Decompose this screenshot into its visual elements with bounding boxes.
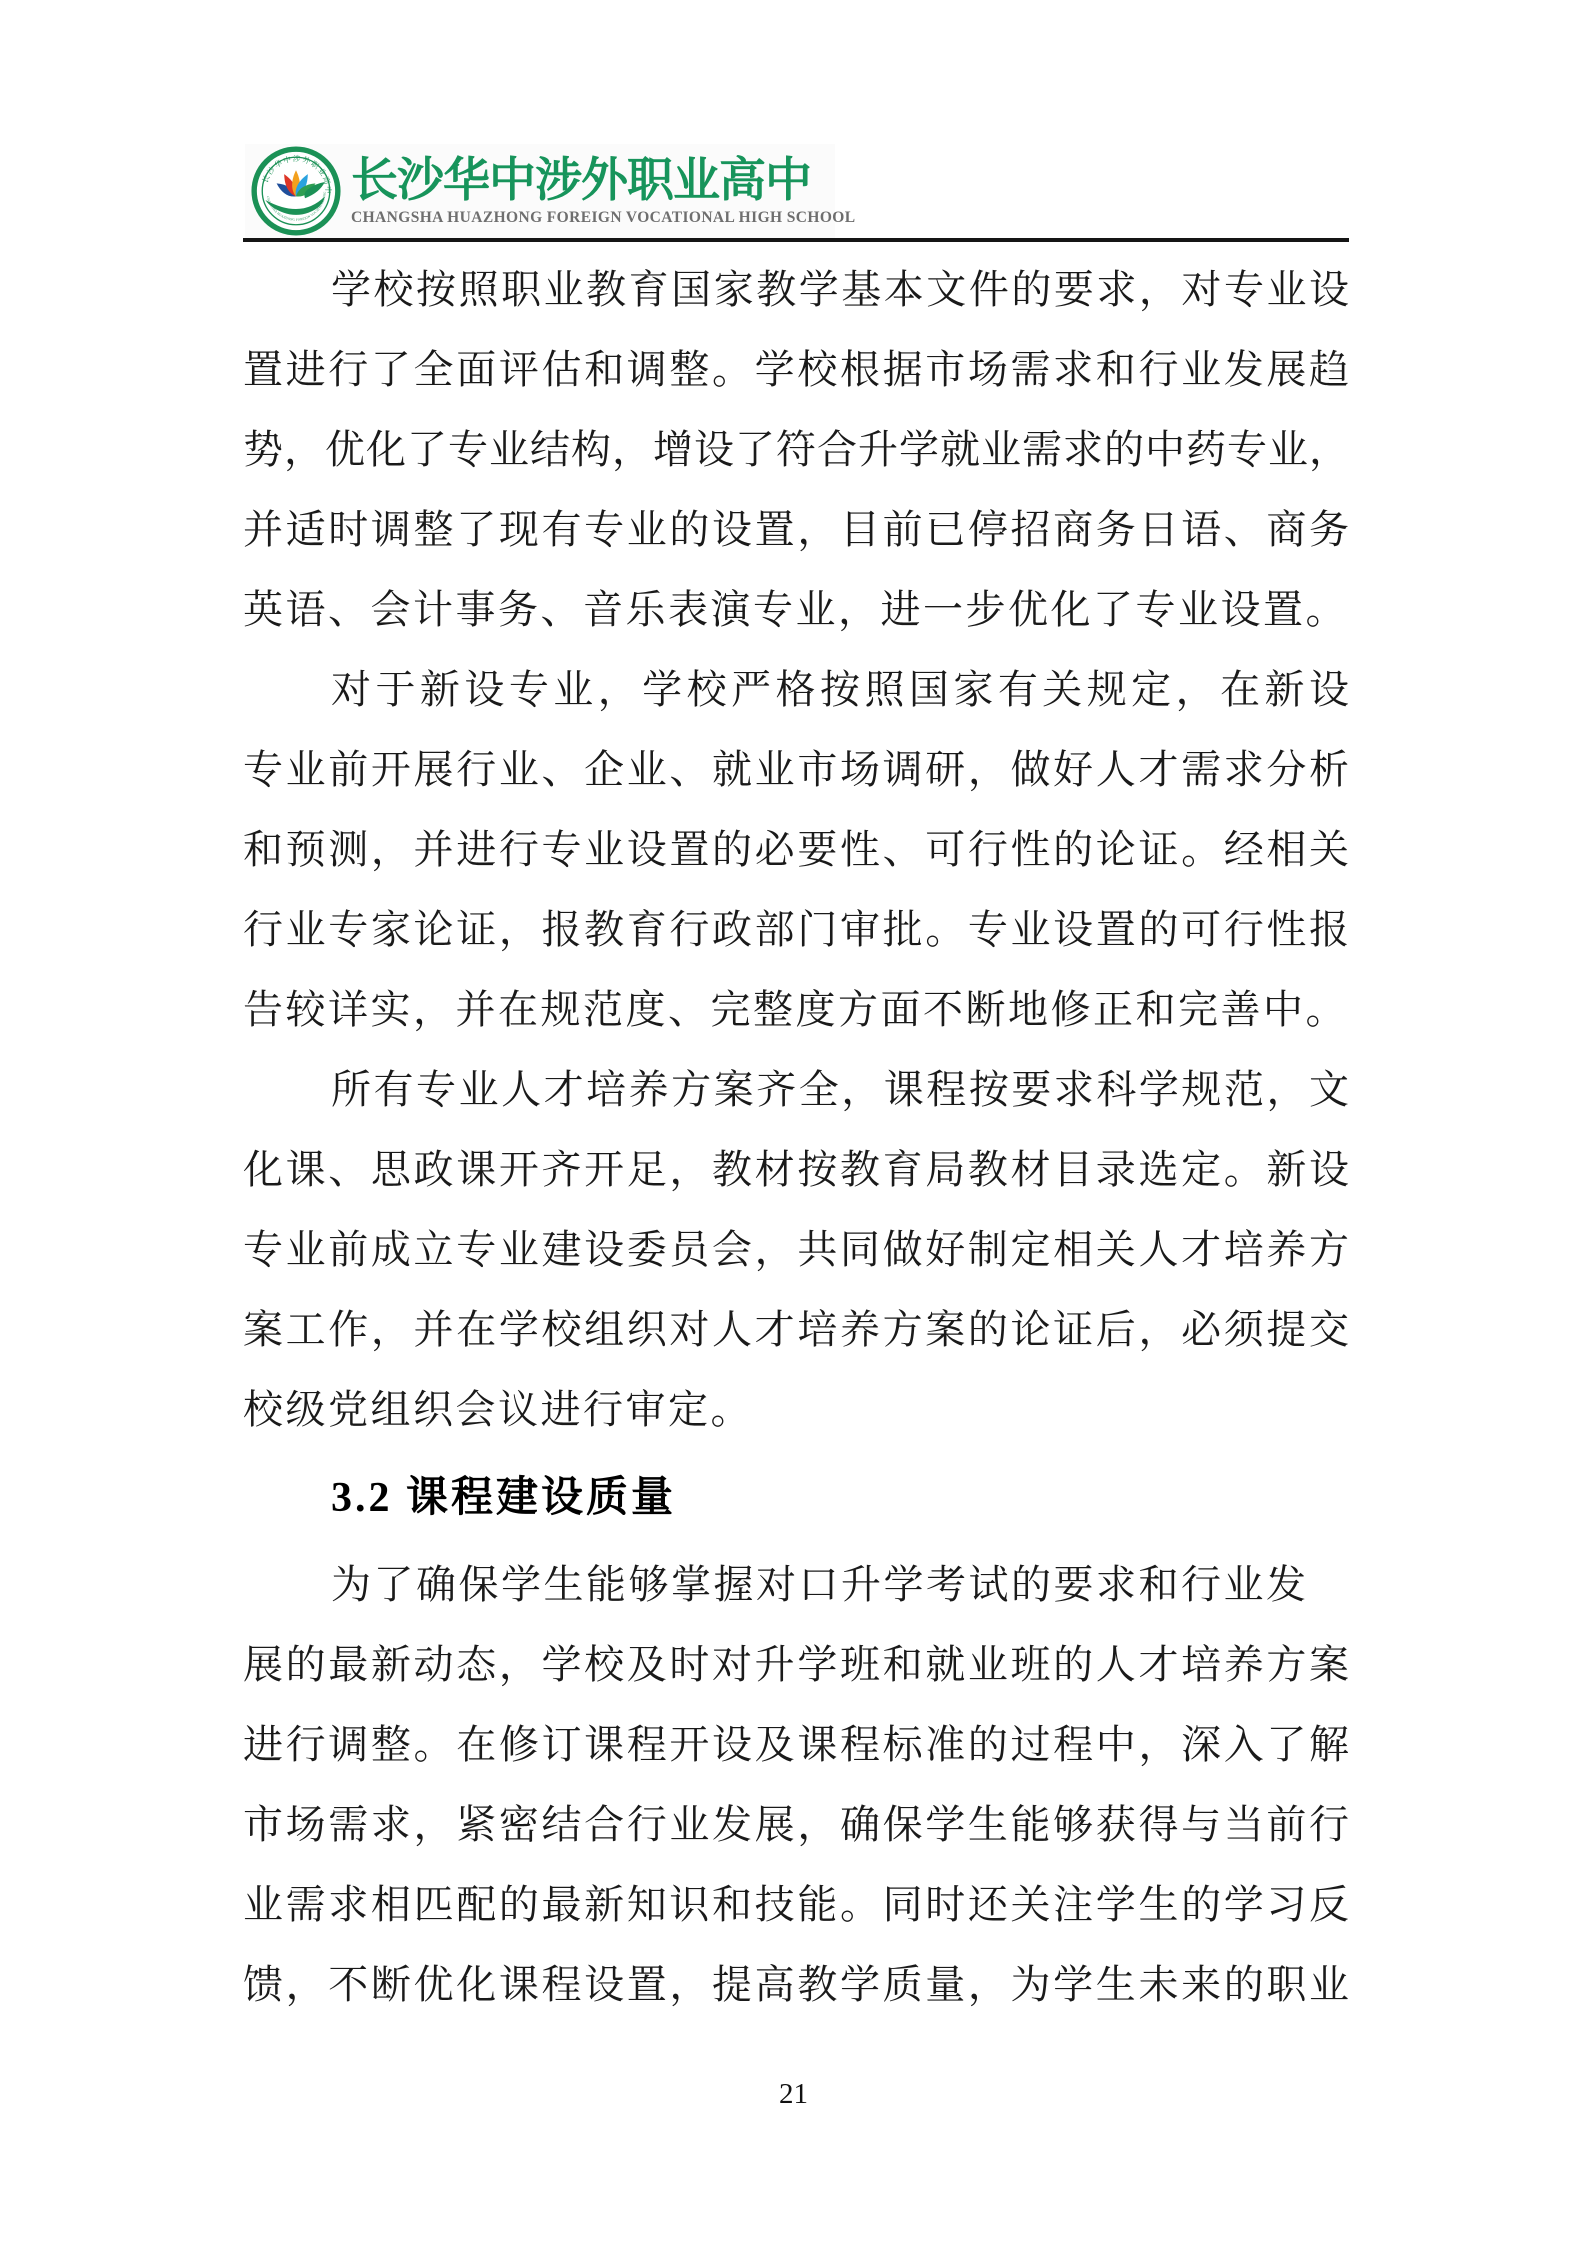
text-line: 对于新设专业，学校严格按照国家有关规定，在新设 <box>243 650 1349 730</box>
school-name-zh: 长沙华中涉外职业高中 <box>351 156 855 206</box>
text-line: 进行调整。在修订课程开设及课程标准的过程中，深入了解 <box>243 1705 1349 1785</box>
text-line: 专业前成立专业建设委员会，共同做好制定相关人才培养方 <box>243 1210 1349 1290</box>
text-line: 行业专家论证，报教育行政部门审批。专业设置的可行性报 <box>243 890 1349 970</box>
text-line: 市场需求，紧密结合行业发展，确保学生能够获得与当前行 <box>243 1785 1349 1865</box>
paragraph-1: 学校按照职业教育国家教学基本文件的要求，对专业设 置进行了全面评估和调整。学校根… <box>243 250 1349 650</box>
header-rule <box>243 238 1349 242</box>
school-name-block: 长沙华中涉外职业高中 CHANGSHA HUAZHONG FOREIGN VOC… <box>351 156 855 227</box>
text-line: 展的最新动态，学校及时对升学班和就业班的人才培养方案 <box>243 1625 1349 1705</box>
document-page: 长沙华中涉外职业高中 CHANGSHA HUAZHONG FOREIGN VOC… <box>0 0 1587 2245</box>
paragraph-3: 所有专业人才培养方案齐全，课程按要求科学规范，文 化课、思政课开齐开足，教材按教… <box>243 1050 1349 1450</box>
text-line: 英语、会计事务、音乐表演专业，进一步优化了专业设置。 <box>243 570 1349 650</box>
school-emblem-icon: 长沙华中涉外职业高中 CHANGSHA HUAZHONG FOREIGN VOC… <box>251 146 341 236</box>
section-heading-3-2: 3.2 课程建设质量 <box>243 1458 1349 1538</box>
text-line: 和预测，并进行专业设置的必要性、可行性的论证。经相关 <box>243 810 1349 890</box>
text-line: 馈，不断优化课程设置，提高教学质量，为学生未来的职业 <box>243 1945 1349 2025</box>
text-line: 业需求相匹配的最新知识和技能。同时还关注学生的学习反 <box>243 1865 1349 1945</box>
text-line: 学校按照职业教育国家教学基本文件的要求，对专业设 <box>243 250 1349 330</box>
text-line: 告较详实，并在规范度、完整度方面不断地修正和完善中。 <box>243 970 1349 1050</box>
school-name-en: CHANGSHA HUAZHONG FOREIGN VOCATIONAL HIG… <box>351 209 855 227</box>
text-line: 并适时调整了现有专业的设置，目前已停招商务日语、商务 <box>243 490 1349 570</box>
paragraph-2: 对于新设专业，学校严格按照国家有关规定，在新设 专业前开展行业、企业、就业市场调… <box>243 650 1349 1050</box>
page-number: 21 <box>0 2078 1587 2111</box>
text-line: 为了确保学生能够掌握对口升学考试的要求和行业发 <box>243 1545 1349 1625</box>
text-line: 化课、思政课开齐开足，教材按教育局教材目录选定。新设 <box>243 1130 1349 1210</box>
text-line: 所有专业人才培养方案齐全，课程按要求科学规范，文 <box>243 1050 1349 1130</box>
text-line: 势，优化了专业结构，增设了符合升学就业需求的中药专业， <box>243 410 1349 490</box>
text-line: 校级党组织会议进行审定。 <box>243 1370 1349 1450</box>
text-line: 案工作，并在学校组织对人才培养方案的论证后，必须提交 <box>243 1290 1349 1370</box>
paragraph-4: 为了确保学生能够掌握对口升学考试的要求和行业发 展的最新动态，学校及时对升学班和… <box>243 1545 1349 2025</box>
text-line: 置进行了全面评估和调整。学校根据市场需求和行业发展趋 <box>243 330 1349 410</box>
text-line: 专业前开展行业、企业、就业市场调研，做好人才需求分析 <box>243 730 1349 810</box>
school-logo-banner: 长沙华中涉外职业高中 CHANGSHA HUAZHONG FOREIGN VOC… <box>245 144 835 238</box>
document-body: 学校按照职业教育国家教学基本文件的要求，对专业设 置进行了全面评估和调整。学校根… <box>243 250 1349 2025</box>
